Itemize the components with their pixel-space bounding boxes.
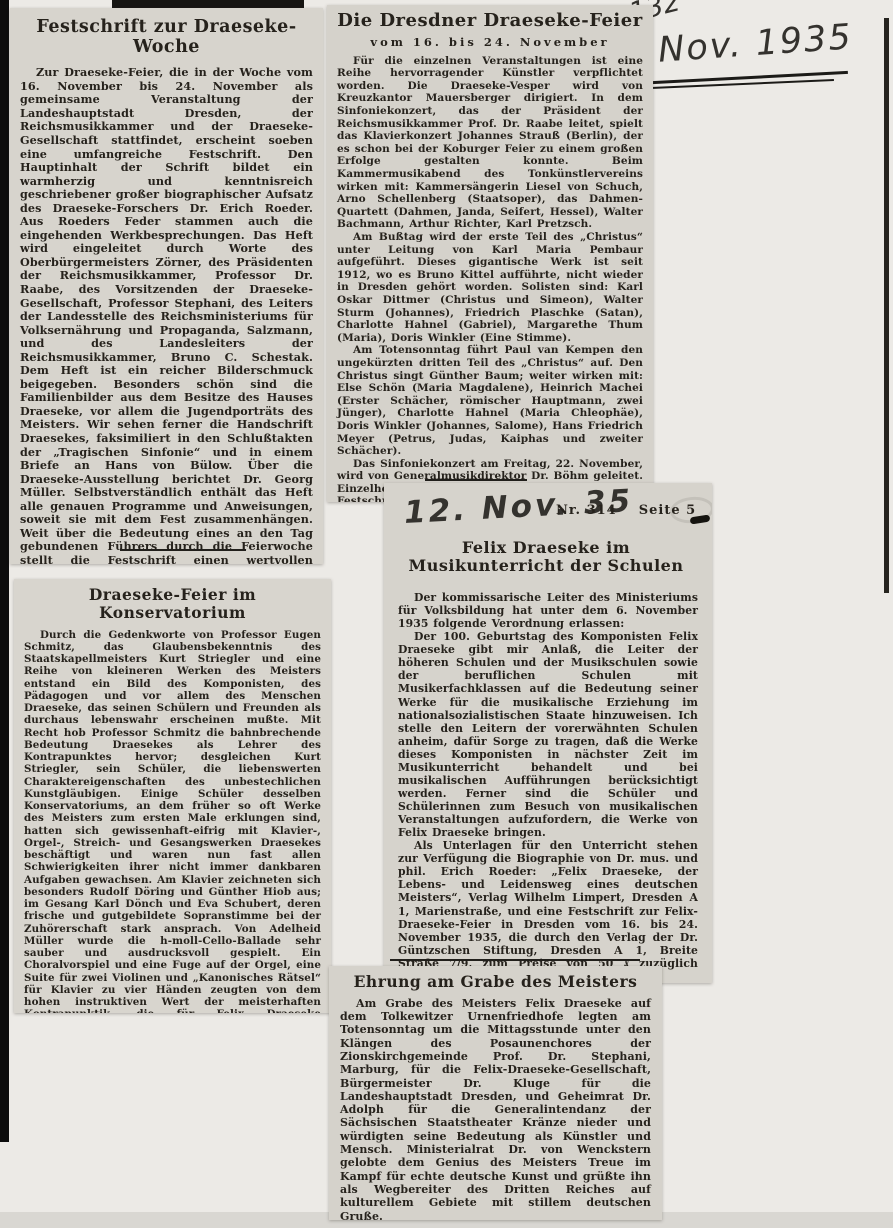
clipping-ehrung-paragraph: Am Grabe des Meisters Felix Draeseke auf… bbox=[340, 997, 651, 1220]
clipping-ehrung: Ehrung am Grabe des Meisters Am Grabe de… bbox=[329, 966, 662, 1220]
clipping-festschrift-paragraph: Zur Draeseke-Feier, die in der Woche vom… bbox=[20, 66, 313, 564]
clipping-musikunterricht: 12. Nov. 35 Nr. 314 Seite 5 Felix Draese… bbox=[384, 483, 712, 983]
handwritten-date-nov-1935: Nov. 1935 bbox=[657, 17, 854, 70]
end-rule bbox=[425, 479, 527, 481]
clipping-musikunterricht-paragraph: Der kommissarische Leiter des Ministeriu… bbox=[398, 591, 698, 630]
clipping-konservatorium: Draeseke-Feier im Konservatorium Durch d… bbox=[14, 579, 331, 1013]
clipping-festschrift-title: Festschrift zur Draeseke-Woche bbox=[20, 17, 313, 57]
clipping-dresdner-title: Die Dresdner Draeseke-Feier bbox=[337, 11, 643, 32]
clipping-konservatorium-title: Draeseke-Feier im Konservatorium bbox=[24, 586, 321, 622]
end-rule bbox=[120, 549, 246, 551]
end-rule bbox=[390, 959, 640, 961]
scrapbook-page: 132 Nov. 1935 Festschrift zur Draeseke-W… bbox=[0, 0, 893, 1228]
clipping-ehrung-title: Ehrung am Grabe des Meisters bbox=[340, 973, 651, 991]
page-edge-left-shadow bbox=[0, 0, 9, 1142]
clipping-dresdner-paragraph: Am Totensonntag führt Paul van Kempen de… bbox=[337, 344, 643, 457]
clipping-musikunterricht-body: Der kommissarische Leiter des Ministeriu… bbox=[398, 591, 698, 983]
clipping-konservatorium-paragraph: Durch die Gedenkworte von Professor Euge… bbox=[24, 629, 321, 1013]
clipping-musikunterricht-title: Felix Draeseke im Musikunterricht der Sc… bbox=[396, 539, 696, 576]
clipping-dresdner-subtitle: vom 16. bis 24. November bbox=[337, 35, 643, 49]
ink-dash-mark bbox=[690, 514, 711, 524]
clipping-dresdner-paragraph: Am Bußtag wird der erste Teil des „Chris… bbox=[337, 231, 643, 344]
clipping-dresdner-feier: Die Dresdner Draeseke-Feier vom 16. bis … bbox=[327, 5, 653, 502]
page-edge-right-shadow bbox=[884, 18, 889, 593]
issue-number: Nr. 314 bbox=[556, 503, 617, 518]
clipping-musikunterricht-paragraph: Als Unterlagen für den Unterricht stehen… bbox=[398, 839, 698, 983]
clipping-festschrift: Festschrift zur Draeseke-Woche Zur Draes… bbox=[10, 8, 323, 564]
clipping-dresdner-paragraph: Für die einzelnen Veranstaltungen ist ei… bbox=[337, 55, 643, 231]
clipping-musikunterricht-paragraph: Der 100. Geburtstag des Komponisten Feli… bbox=[398, 630, 698, 839]
